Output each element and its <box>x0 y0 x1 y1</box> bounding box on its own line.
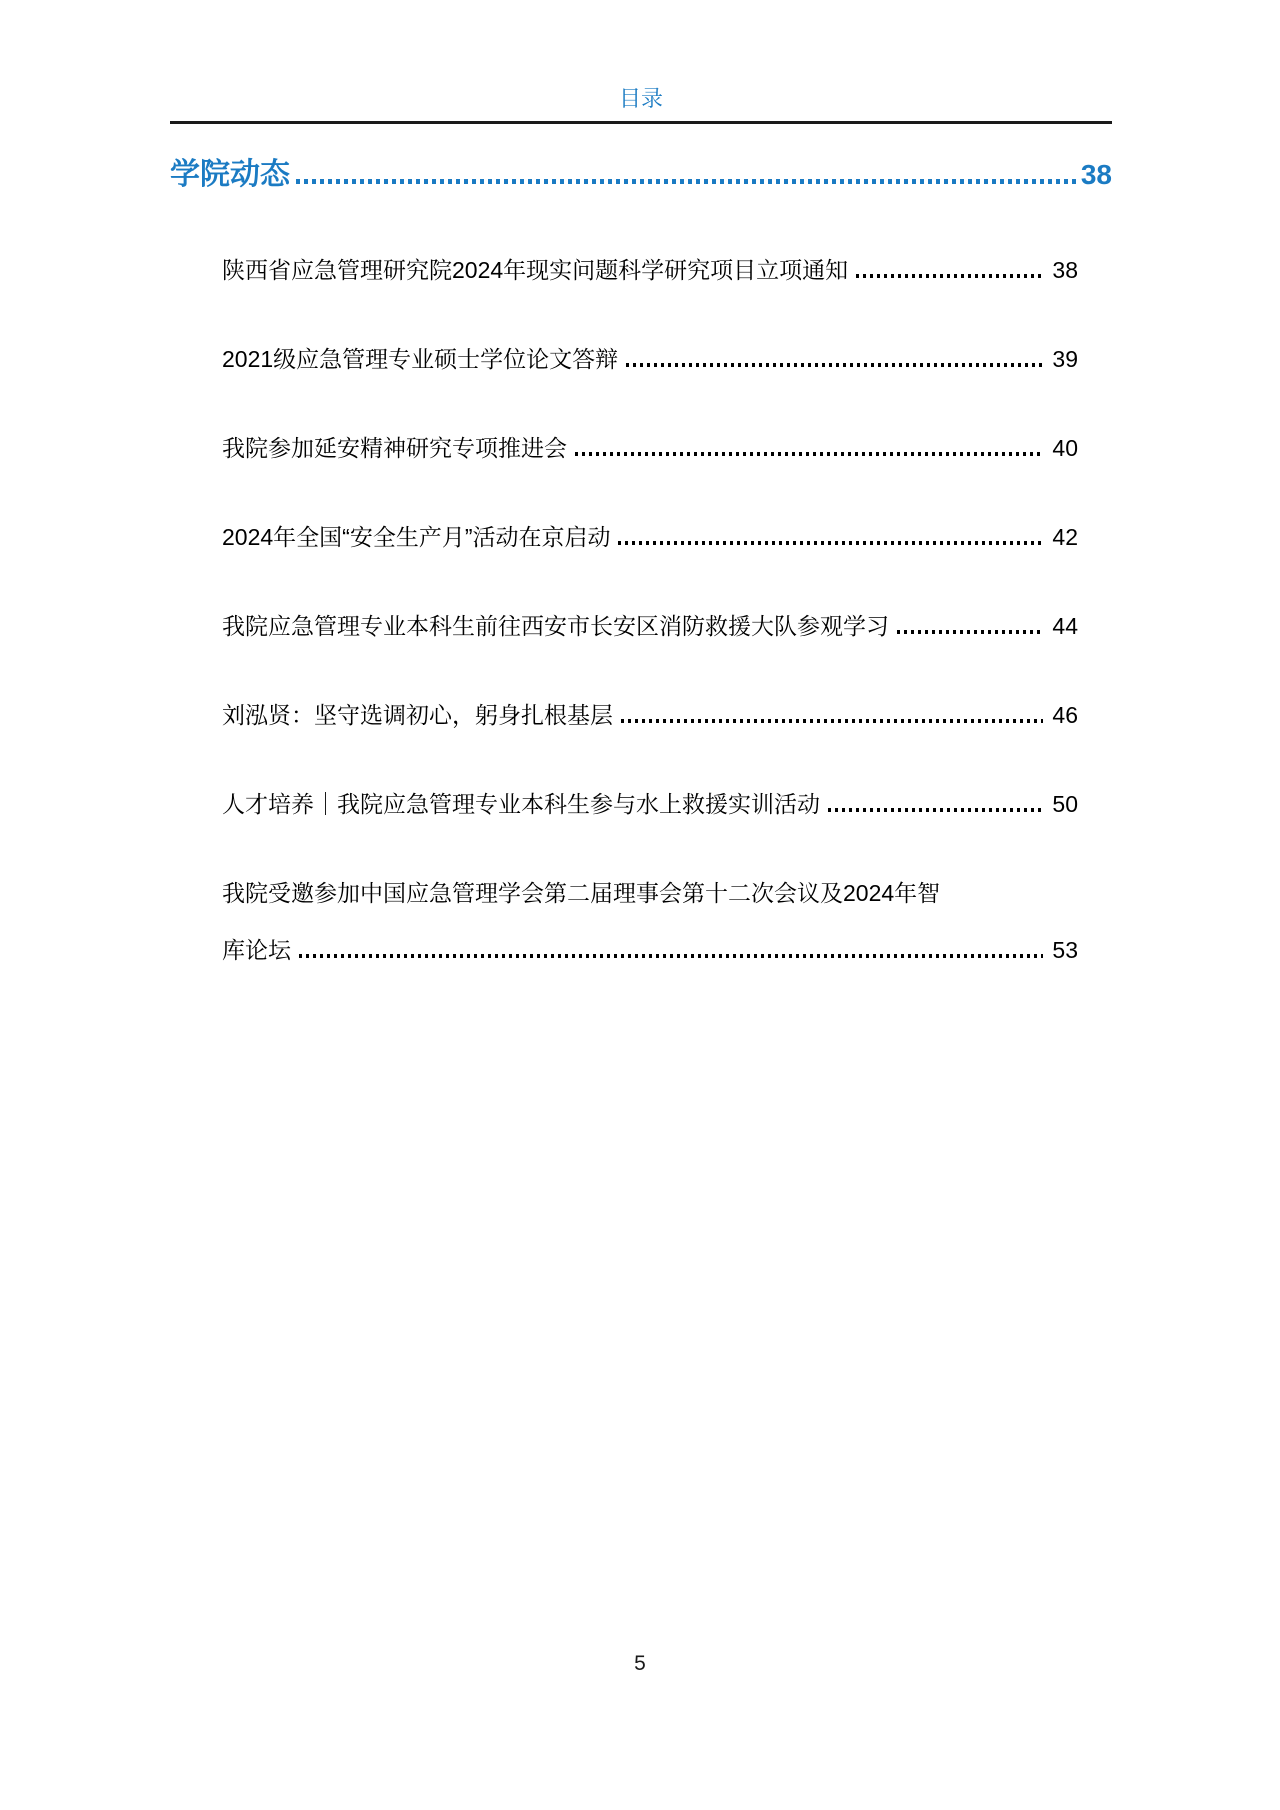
toc-page: 目录 学院动态 38 陕西省应急管理研究院2024年现实问题科学研究项目立项通知… <box>0 0 1280 1810</box>
toc-entry-title: 陕西省应急管理研究院2024年现实问题科学研究项目立项通知 <box>222 252 848 288</box>
toc-entry-page: 38 <box>1052 252 1078 288</box>
toc-entry[interactable]: 库论坛 53 <box>222 932 1078 968</box>
toc-entry[interactable]: 陕西省应急管理研究院2024年现实问题科学研究项目立项通知 38 <box>222 252 1078 288</box>
dot-leader <box>828 808 1043 812</box>
toc-entry-title: 2024年全国“安全生产月”活动在京启动 <box>222 519 610 555</box>
toc-entry-page: 50 <box>1052 786 1078 822</box>
toc-entry-page: 40 <box>1052 430 1078 466</box>
toc-entry-title: 人才培养｜我院应急管理专业本科生参与水上救援实训活动 <box>222 786 820 822</box>
toc-entry[interactable]: 我院参加延安精神研究专项推进会 40 <box>222 430 1078 466</box>
toc-entry-title: 我院参加延安精神研究专项推进会 <box>222 430 567 466</box>
toc-entry[interactable]: 人才培养｜我院应急管理专业本科生参与水上救援实训活动 50 <box>222 786 1078 822</box>
toc-entry-title: 库论坛 <box>222 932 291 968</box>
toc-entry-page: 44 <box>1052 608 1078 644</box>
toc-entry-title: 我院应急管理专业本科生前往西安市长安区消防救援大队参观学习 <box>222 608 889 644</box>
toc-section-heading[interactable]: 学院动态 38 <box>170 156 1112 194</box>
toc-entry[interactable]: 我院应急管理专业本科生前往西安市长安区消防救援大队参观学习 44 <box>222 608 1078 644</box>
footer-page-number: 5 <box>0 1652 1280 1676</box>
dot-leader <box>299 954 1043 958</box>
dot-leader <box>618 541 1043 545</box>
toc-entry[interactable]: 我院受邀参加中国应急管理学会第二届理事会第十二次会议及2024年智 <box>222 875 1078 911</box>
toc-section-page: 38 <box>1081 159 1112 191</box>
dot-leader <box>626 363 1043 367</box>
toc-entry-title: 2021级应急管理专业硕士学位论文答辩 <box>222 341 618 377</box>
toc-entry-title: 刘泓贤：坚守选调初心，躬身扎根基层 <box>222 697 613 733</box>
toc-entry-page: 46 <box>1052 697 1078 733</box>
toc-entry-list: 陕西省应急管理研究院2024年现实问题科学研究项目立项通知 38 2021级应急… <box>222 252 1078 968</box>
page-title: 目录 <box>170 86 1112 112</box>
dot-leader <box>575 452 1043 456</box>
toc-entry-page: 53 <box>1052 932 1078 968</box>
dot-leader <box>621 719 1043 723</box>
toc-section-title: 学院动态 <box>170 156 290 194</box>
dot-leader <box>296 179 1078 184</box>
toc-entry[interactable]: 2021级应急管理专业硕士学位论文答辩 39 <box>222 341 1078 377</box>
toc-entry-page: 42 <box>1052 519 1078 555</box>
toc-entry[interactable]: 刘泓贤：坚守选调初心，躬身扎根基层 46 <box>222 697 1078 733</box>
toc-entry-title: 我院受邀参加中国应急管理学会第二届理事会第十二次会议及2024年智 <box>222 875 940 911</box>
header-divider <box>170 121 1112 124</box>
toc-entry[interactable]: 2024年全国“安全生产月”活动在京启动 42 <box>222 519 1078 555</box>
toc-entry-page: 39 <box>1052 341 1078 377</box>
dot-leader <box>856 274 1043 278</box>
dot-leader <box>897 630 1043 634</box>
